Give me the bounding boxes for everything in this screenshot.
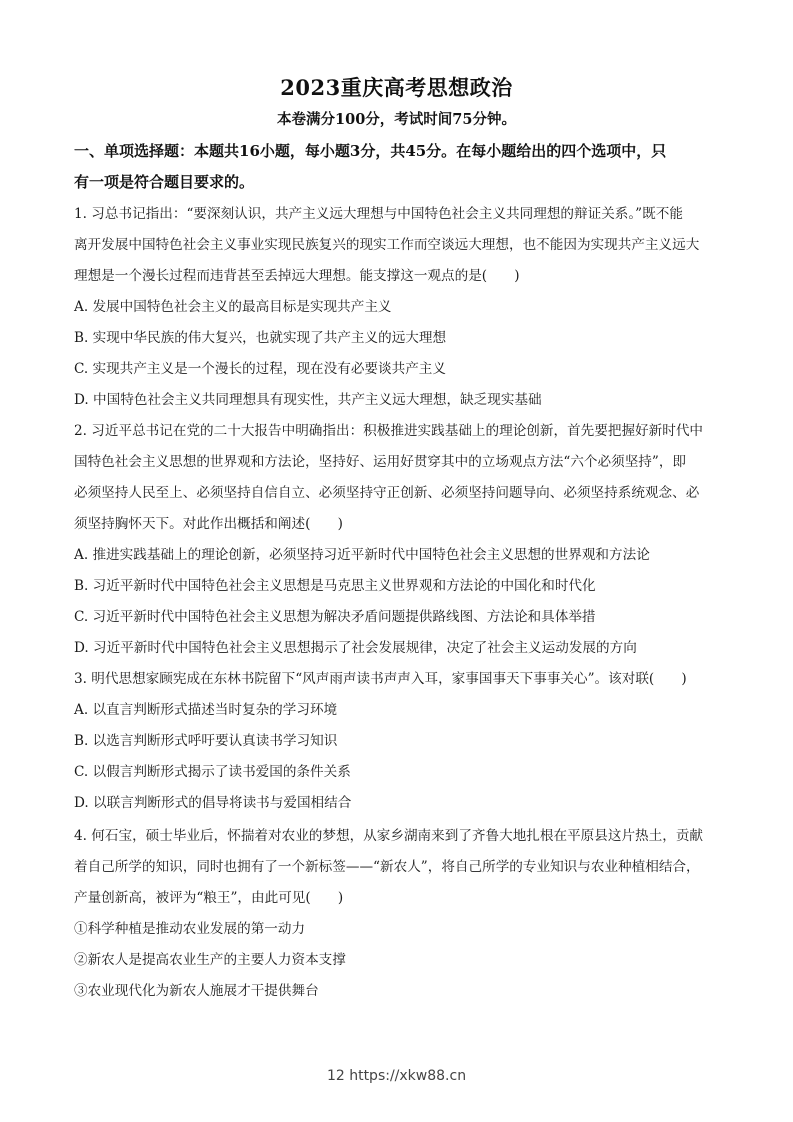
question-2-option-b: B. 习近平新时代中国特色社会主义思想是马克思主义世界观和方法论的中国化和时代化 bbox=[74, 577, 724, 595]
question-2-option-a: A. 推进实践基础上的理论创新，必须坚持习近平新时代中国特色社会主义思想的世界观… bbox=[74, 546, 724, 564]
section-heading-line-1: 一、单项选择题：本题共16小题，每小题3分，共45分。在每小题给出的四个选项中，… bbox=[74, 140, 724, 161]
question-4-stem-line-1: 4. 何石宝，硕士毕业后，怀揣着对农业的梦想，从家乡湖南来到了齐鲁大地扎根在平原… bbox=[74, 827, 724, 845]
question-2-stem-line-3: 必须坚持人民至上、必须坚持自信自立、必须坚持守正创新、必须坚持问题导向、必须坚持… bbox=[74, 484, 724, 502]
question-3-option-b: B. 以选言判断形式呼吁要认真读书学习知识 bbox=[74, 732, 724, 750]
question-4-stem-line-3: 产量创新高，被评为“粮王”，由此可见( ) bbox=[74, 889, 724, 907]
question-1-option-b: B. 实现中华民族的伟大复兴，也就实现了共产主义的远大理想 bbox=[74, 329, 724, 347]
question-1-option-d: D. 中国特色社会主义共同理想具有现实性，共产主义远大理想，缺乏现实基础 bbox=[74, 391, 724, 409]
exam-page: 2023重庆高考思想政治 本卷满分100分，考试时间75分钟。 一、单项选择题：… bbox=[0, 0, 793, 1122]
question-1-stem-line-3: 理想是一个漫长过程而违背甚至丢掉远大理想。能支撑这一观点的是( ) bbox=[74, 267, 724, 285]
question-4-stem-line-2: 着自己所学的知识，同时也拥有了一个新标签——“新农人”，将自己所学的专业知识与农… bbox=[74, 858, 724, 876]
question-2-stem-line-1: 2. 习近平总书记在党的二十大报告中明确指出：积极推进实践基础上的理论创新，首先… bbox=[74, 422, 724, 440]
question-4-statement-2: ②新农人是提高农业生产的主要人力资本支撑 bbox=[74, 951, 724, 969]
exam-subtitle: 本卷满分100分，考试时间75分钟。 bbox=[0, 108, 793, 129]
question-1-stem-line-2: 离开发展中国特色社会主义事业实现民族复兴的现实工作而空谈远大理想，也不能因为实现… bbox=[74, 236, 724, 254]
question-2-stem-line-2: 国特色社会主义思想的世界观和方法论，坚持好、运用好贯穿其中的立场观点方法“六个必… bbox=[74, 453, 724, 471]
question-2-option-c: C. 习近平新时代中国特色社会主义思想为解决矛盾问题提供路线图、方法论和具体举措 bbox=[74, 608, 724, 626]
question-3-stem-line-1: 3. 明代思想家顾宪成在东林书院留下“风声雨声读书声声入耳，家事国事天下事事关心… bbox=[74, 670, 724, 688]
exam-title: 2023重庆高考思想政治 bbox=[0, 72, 793, 102]
question-1-option-c: C. 实现共产主义是一个漫长的过程，现在没有必要谈共产主义 bbox=[74, 360, 724, 378]
question-1-stem-line-1: 1. 习总书记指出：“要深刻认识，共产主义远大理想与中国特色社会主义共同理想的辩… bbox=[74, 205, 724, 223]
question-4-statement-1: ①科学种植是推动农业发展的第一动力 bbox=[74, 920, 724, 938]
question-3-option-d: D. 以联言判断形式的倡导将读书与爱国相结合 bbox=[74, 794, 724, 812]
question-1-option-a: A. 发展中国特色社会主义的最高目标是实现共产主义 bbox=[74, 298, 724, 316]
question-4-statement-3: ③农业现代化为新农人施展才干提供舞台 bbox=[74, 982, 724, 1000]
question-3-option-a: A. 以直言判断形式描述当时复杂的学习环境 bbox=[74, 701, 724, 719]
section-heading-line-2: 有一项是符合题目要求的。 bbox=[74, 171, 724, 192]
question-2-option-d: D. 习近平新时代中国特色社会主义思想揭示了社会发展规律，决定了社会主义运动发展… bbox=[74, 639, 724, 657]
question-2-stem-line-4: 须坚持胸怀天下。对此作出概括和阐述( ) bbox=[74, 515, 724, 533]
question-3-option-c: C. 以假言判断形式揭示了读书爱国的条件关系 bbox=[74, 763, 724, 781]
page-footer: 12 https://xkw88.cn bbox=[0, 1068, 793, 1084]
